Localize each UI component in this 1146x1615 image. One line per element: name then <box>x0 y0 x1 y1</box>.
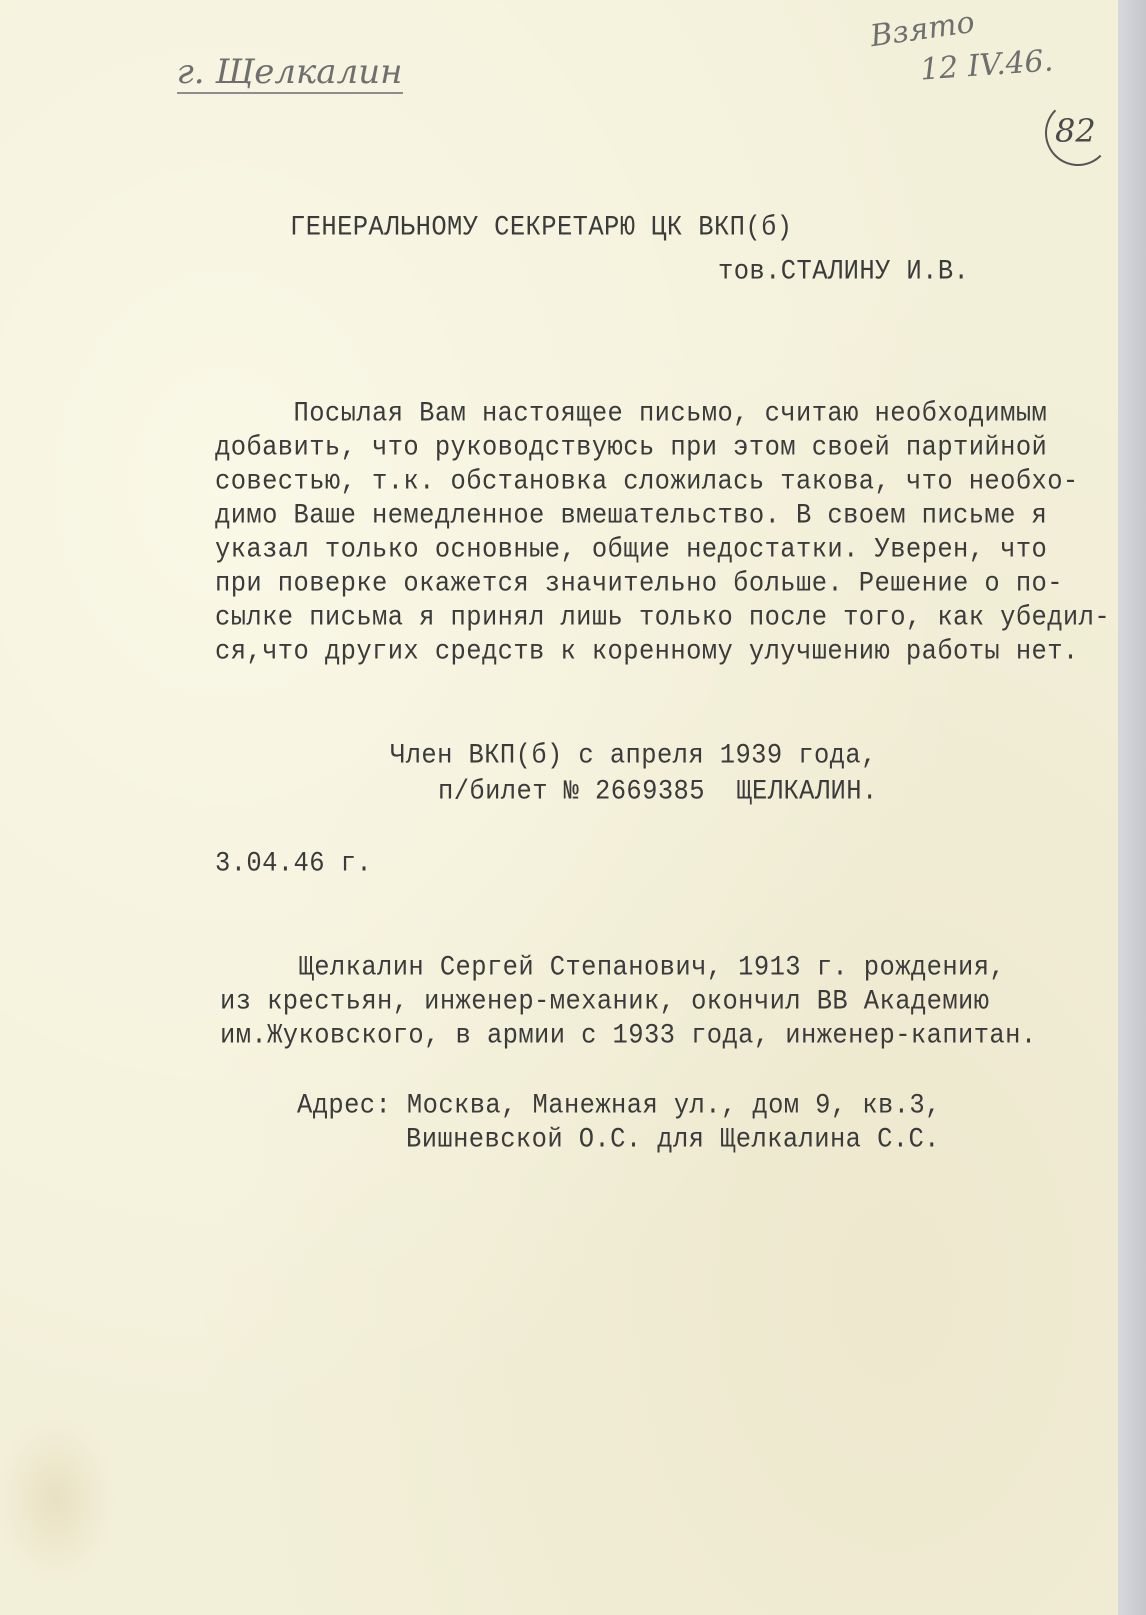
signature-party-card: п/билет № 2669385 ЩЕЛКАЛИН. <box>438 776 878 807</box>
body-line: сылке письма я принял лишь только после … <box>215 602 1110 633</box>
handwritten-name-annotation: г. Щелкалин <box>155 12 403 92</box>
body-line: димо Ваше немедленное вмешательство. В с… <box>215 500 1047 531</box>
address-line: Адрес: Москва, Манежная ул., дом 9, кв.3… <box>297 1090 941 1121</box>
body-line: добавить, что руководствуюсь при этом св… <box>215 432 1047 463</box>
address-recipient: Вишневской О.С. для Щелкалина С.С. <box>406 1124 940 1155</box>
body-line: Посылая Вам настоящее письмо, считаю нео… <box>215 398 1047 429</box>
handwritten-name-text: г. Щелкалин <box>177 52 403 94</box>
body-line: совестью, т.к. обстановка сложилась тако… <box>215 466 1079 497</box>
body-line: указал только основные, общие недостатки… <box>215 534 1047 565</box>
page-number: 82 <box>1055 112 1096 150</box>
bio-line: Щелкалин Сергей Степанович, 1913 г. рожд… <box>220 952 1005 983</box>
addressee-name: тов.СТАЛИНУ И.В. <box>718 256 969 287</box>
bio-line: им.Жуковского, в армии с 1933 года, инже… <box>220 1020 1037 1051</box>
body-line: ся,что других средств к коренному улучше… <box>215 636 1079 667</box>
scan-background-edge <box>1118 0 1146 1615</box>
addressee-title: ГЕНЕРАЛЬНОМУ СЕКРЕТАРЮ ЦК ВКП(б) <box>290 212 792 243</box>
body-line: при поверке окажется значительно больше.… <box>215 568 1063 599</box>
signature-membership: Член ВКП(б) с апреля 1939 года, <box>390 740 877 771</box>
bio-line: из крестьян, инженер-механик, окончил ВВ… <box>220 986 989 1017</box>
letter-date: 3.04.46 г. <box>215 848 372 879</box>
